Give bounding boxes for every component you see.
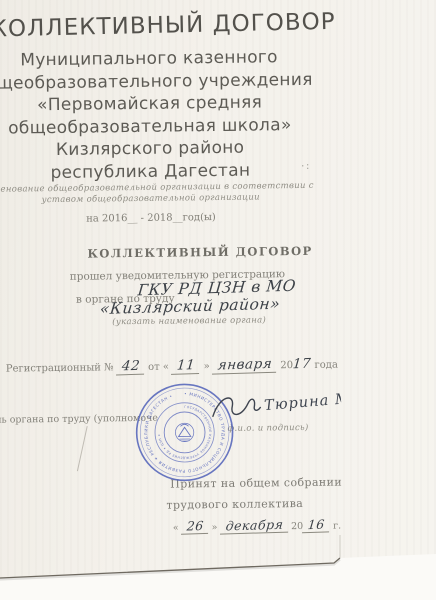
scan-page-edge	[0, 535, 436, 600]
signature-flourish	[212, 395, 261, 416]
date-year-suffix: г.	[333, 521, 341, 532]
reg-from-label: от «	[148, 362, 169, 373]
adoption-line: трудового коллектива	[166, 497, 303, 512]
authority-caption: (указать наименование органа)	[112, 315, 266, 328]
stray-ink-marks: ·:	[301, 162, 311, 172]
handwritten-reg-month: января	[212, 356, 278, 375]
registration-number-line: Регистрационный № 42 от « 11 » января 20…	[6, 356, 338, 377]
document-title: КОЛЛЕКТИВНЫЙ ДОГОВОР	[0, 9, 336, 43]
handwritten-date-month: декабря	[220, 517, 289, 535]
svg-text:ГОСУДАРСТВЕННОЕ КАЗЕННОЕ УЧРЕЖ: ГОСУДАРСТВЕННОЕ КАЗЕННОЕ УЧРЕЖДЕНИЕ РД ✶…	[157, 405, 213, 461]
reg-year-suffix: года	[314, 360, 338, 371]
scanned-document-page: КОЛЛЕКТИВНЫЙ ДОГОВОР Муниципального казе…	[0, 0, 436, 600]
reg-close-quote: »	[203, 361, 209, 372]
organization-name-block: Муниципального казенного бщеобразователь…	[0, 46, 317, 226]
handwritten-reg-day: 11	[171, 357, 201, 375]
org-name-line: бщеобразовательного учреждения	[0, 68, 315, 95]
handwritten-date-day: 26	[181, 518, 209, 535]
handwritten-reg-number: 42	[116, 358, 146, 376]
stamp-inner-ring-text: ГОСУДАРСТВЕННОЕ КАЗЕННОЕ УЧРЕЖДЕНИЕ РД ✶…	[157, 405, 213, 461]
date-open-quote: «	[173, 522, 179, 533]
stamp-emblem-icon	[175, 423, 194, 442]
signature-name: Тюрина М	[264, 391, 343, 414]
date-close-quote: »	[211, 522, 217, 533]
agreement-period: на 2016__ - 2018__год(ы)	[0, 211, 317, 226]
org-name-line: общеобразовательная школа»	[0, 113, 316, 140]
handwritten-date-year: 16	[302, 516, 330, 533]
page-content: КОЛЛЕКТИВНЫЙ ДОГОВОР Муниципального казе…	[0, 0, 436, 600]
reg-prefix-label: Регистрационный №	[6, 362, 114, 374]
adoption-date-line: « 26 » декабря 2016 г.	[173, 517, 342, 535]
handwritten-reg-year: 17	[292, 356, 312, 373]
stray-pen-mark	[77, 426, 88, 471]
registration-heading: КОЛЛЕКТИВНЫЙ ДОГОВОР	[87, 244, 312, 261]
registration-section: КОЛЛЕКТИВНЫЙ ДОГОВОР прошел уведомительн…	[0, 242, 340, 336]
